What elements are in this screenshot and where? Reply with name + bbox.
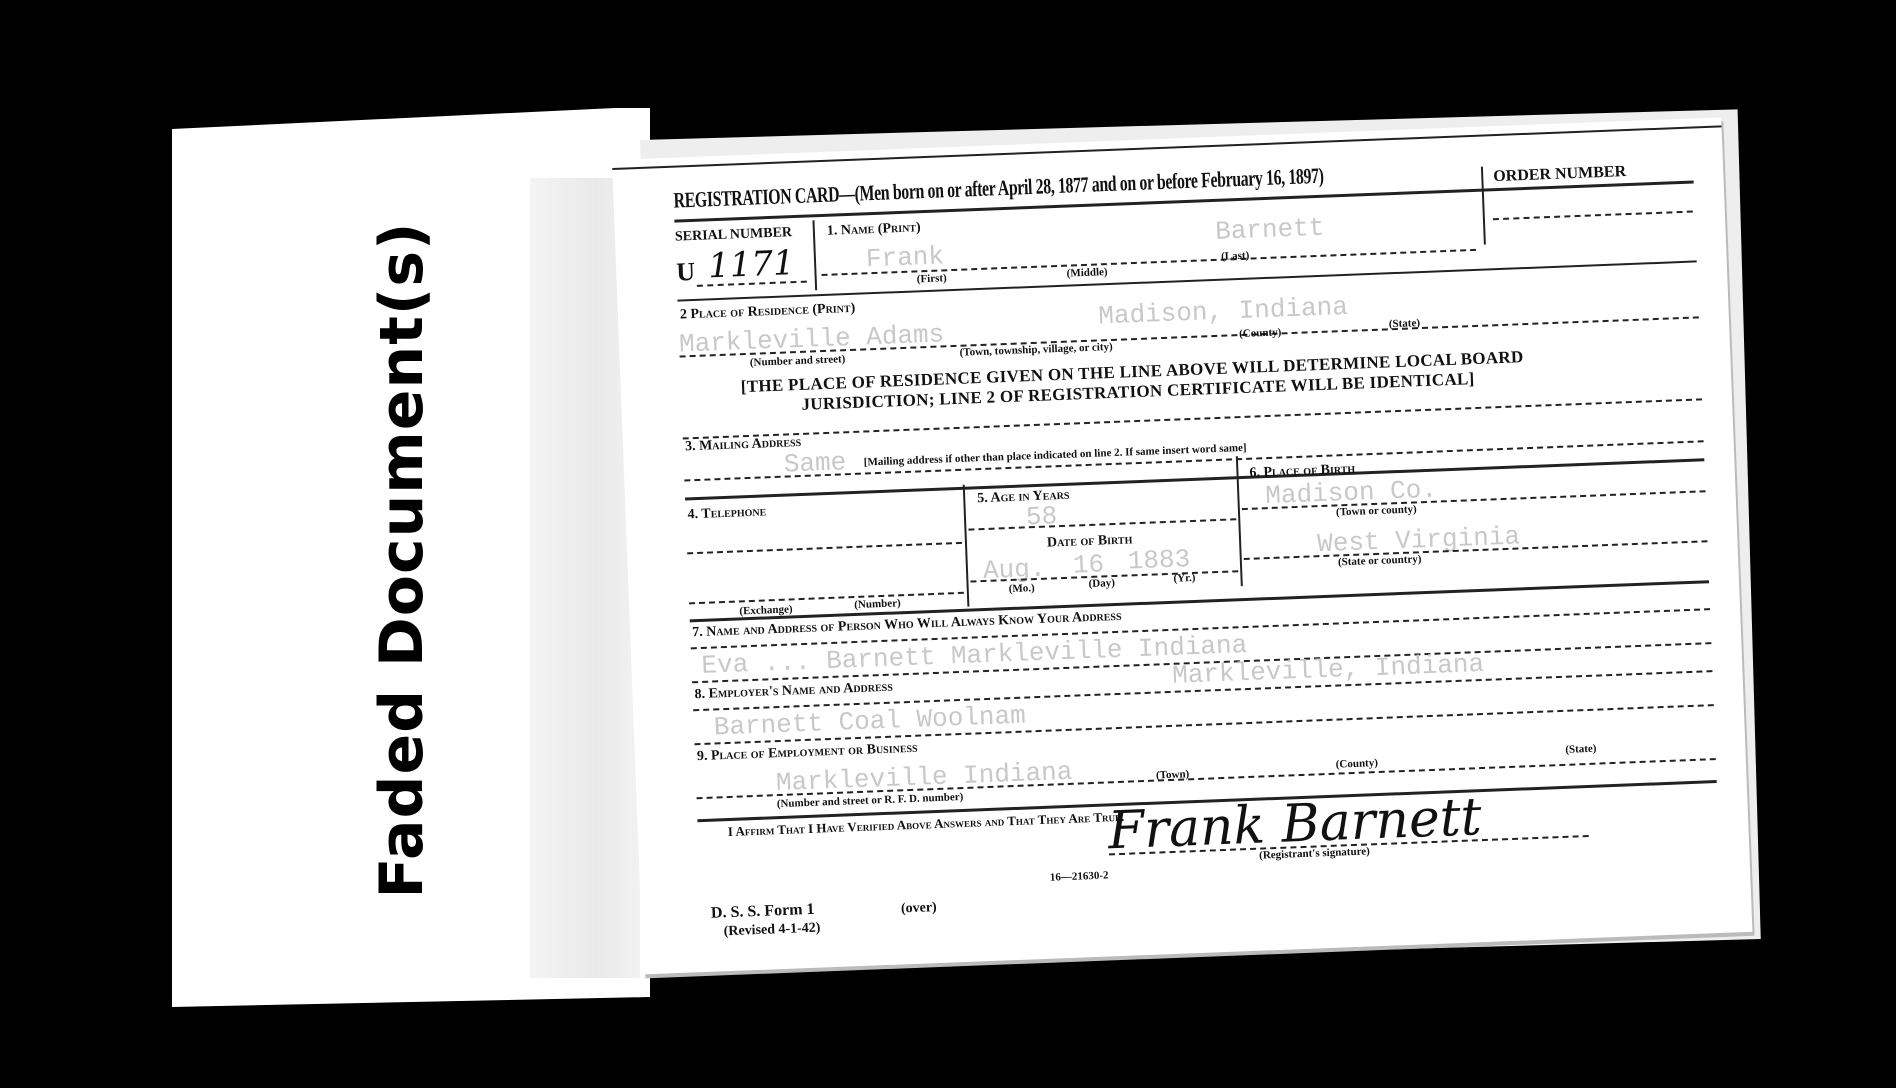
faded-document-label: Faded Document(s) <box>367 222 437 899</box>
print-code: 16—21630-2 <box>1050 869 1109 883</box>
order-number-field <box>1493 211 1693 221</box>
state-caption: (State) <box>1389 317 1421 330</box>
middle-caption: (Middle) <box>1066 266 1107 280</box>
last-name-value: Barnett <box>1215 213 1325 247</box>
day-caption: (Day) <box>1088 577 1115 590</box>
telephone-number-line <box>689 592 964 605</box>
employment-county-caption: (County) <box>1336 757 1379 771</box>
employer-label: 8. Employer's Name and Address <box>694 680 893 704</box>
birth-state-caption: (State or country) <box>1338 553 1422 568</box>
telephone-exchange-line <box>687 542 962 555</box>
name-label: 1. Name (Print) <box>827 220 921 240</box>
employment-place-label: 9. Place of Employment or Business <box>697 741 918 765</box>
last-caption: (Last) <box>1221 250 1250 263</box>
employment-town-caption: (Town) <box>1156 768 1190 781</box>
order-divider <box>1481 167 1486 245</box>
county-caption: (County) <box>1239 326 1282 340</box>
serial-number-label: SERIAL NUMBER <box>675 225 793 245</box>
first-caption: (First) <box>917 272 947 285</box>
yr-caption: (Yr.) <box>1173 572 1195 585</box>
mo-caption: (Mo.) <box>1009 582 1035 595</box>
serial-number-value: 1171 <box>707 243 795 286</box>
number-caption: (Number) <box>854 597 901 611</box>
form-name: D. S. S. Form 1 <box>711 901 815 923</box>
registration-card: REGISTRATION CARD—(Men born on or after … <box>612 117 1752 974</box>
order-number-label: ORDER NUMBER <box>1493 163 1626 186</box>
affirmation-text: I Affirm That I Have Verified Above Answ… <box>728 809 1125 840</box>
telephone-label: 4. Telephone <box>687 504 766 523</box>
card-title: REGISTRATION CARD—(Men born on or after … <box>673 163 1324 214</box>
street-caption: (Number and street) <box>750 353 846 369</box>
form-revised: (Revised 4-1-42) <box>723 921 820 941</box>
birth-town-caption: (Town or county) <box>1336 503 1417 518</box>
serial-prefix: U <box>676 257 696 288</box>
name-bottom-rule <box>677 260 1696 301</box>
residence-county-state-value: Madison, Indiana <box>1098 292 1349 332</box>
serial-divider <box>812 220 817 290</box>
over-note: (over) <box>901 900 937 917</box>
dob-label: Date of Birth <box>1047 532 1133 551</box>
age-field-line <box>968 518 1236 530</box>
residence-label: 2 Place of Residence (Print) <box>680 301 856 324</box>
employment-state-caption: (State) <box>1565 743 1597 756</box>
tel-age-divider <box>963 485 970 607</box>
